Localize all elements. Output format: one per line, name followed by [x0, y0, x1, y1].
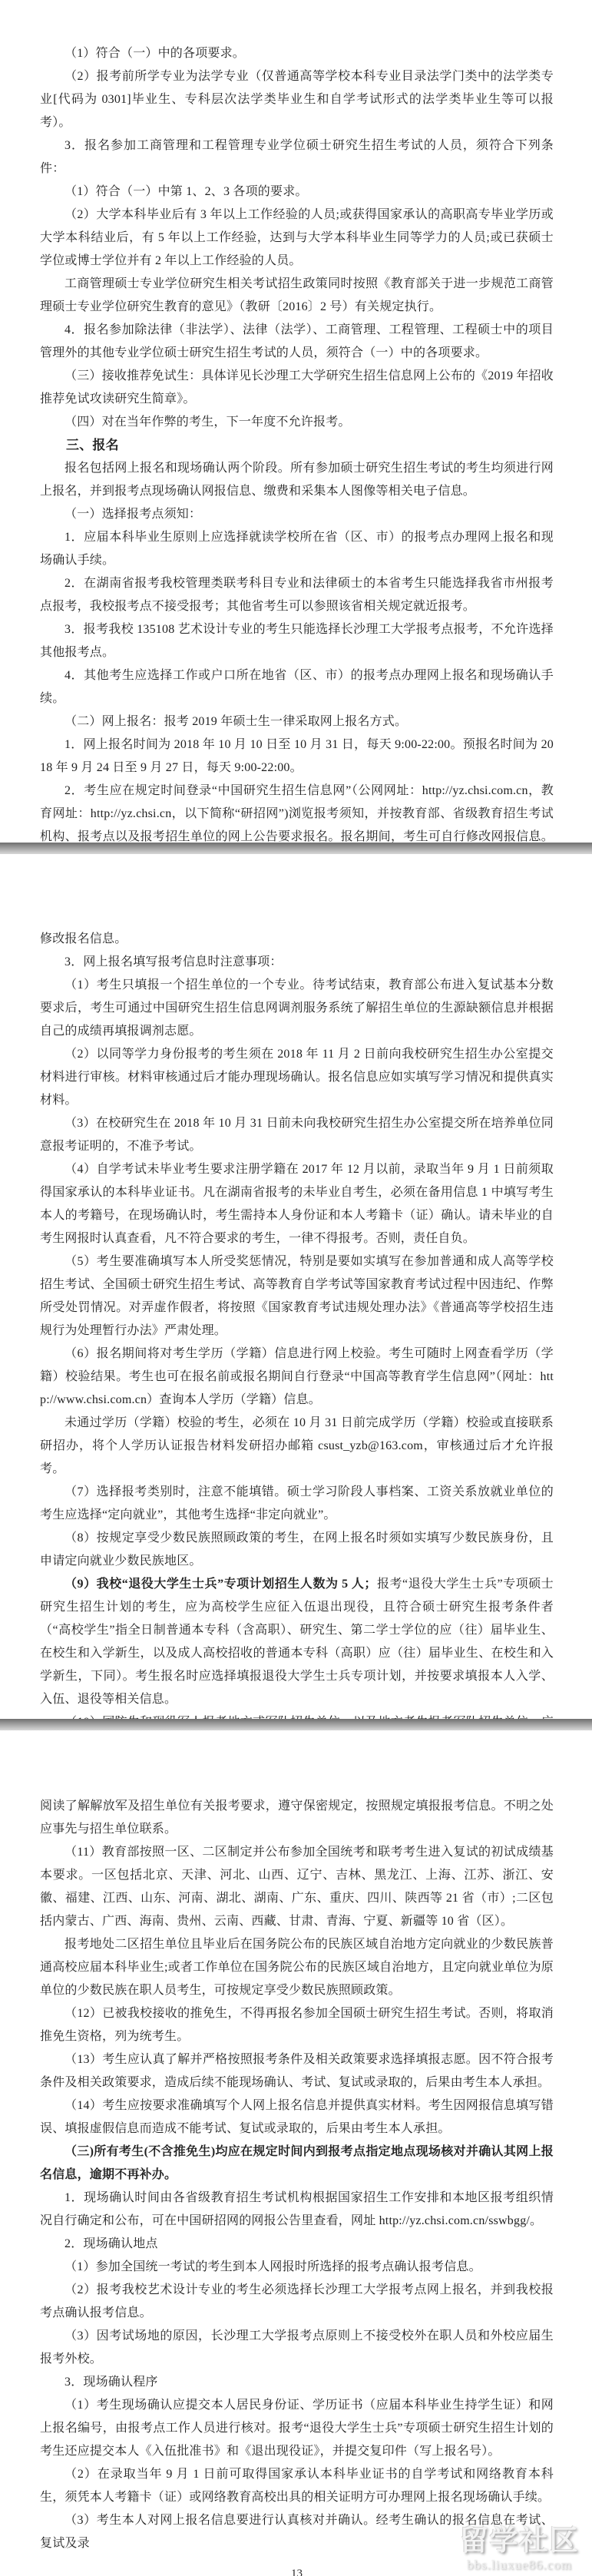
paragraph: 3．网上报名填写报考信息时注意事项：	[40, 951, 554, 974]
text-run: 2．考生应在规定时间登录“中国研究生招生信息网”（公网网址：http://yz.…	[40, 784, 554, 843]
text-run: （10）国防生和现役军人报考地方或军队招生单位，以及地方考生报考军队招生单位，应…	[40, 1716, 554, 1719]
text-run: （3）考生本人对网上报名信息要进行认真核对并确认。经考生确认的报名信息在考试、复…	[40, 2514, 554, 2550]
text-run: 4．其他考生应选择工作或户口所在地省（区、市）的报考点办理网上报名和现场确认手续…	[40, 669, 554, 705]
paragraph: 3．现场确认程序	[40, 2371, 554, 2394]
text-run: 3．现场确认程序	[64, 2376, 158, 2389]
paragraph: （9）我校“退役大学生士兵”专项计划招生人数为 5 人；报考“退役大学生士兵”专…	[40, 1573, 554, 1711]
text-run: 修改报名信息。	[40, 932, 127, 945]
paragraph: 阅读了解解放军及招生单位有关报考要求，遵守保密规定，按照规定填报报考信息。不明之…	[40, 1795, 554, 1841]
text-run: （1）符合（一）中第 1、2、3 各项的要求。	[64, 185, 308, 198]
paragraph: （四）对在当年作弊的考生，下一年度不允许报考。	[40, 411, 554, 434]
text-run: （11）教育部按照一区、二区制定并公布参加全国统考和联考考生进入复试的初试成绩基…	[40, 1846, 554, 1928]
paragraph: （2）报考我校艺术设计专业的考生必须选择长沙理工大学报考点网上报名，并到我校报考…	[40, 2279, 554, 2325]
paragraph: 报名包括网上报名和现场确认两个阶段。所有参加硕士研究生招生考试的考生均须进行网上…	[40, 457, 554, 503]
text-run: 工商管理硕士专业学位研究生相关考试招生政策同时按照《教育部关于进一步规范工商管理…	[40, 277, 554, 313]
text-run: （三）接收推荐免试生：具体详见长沙理工大学研究生招生信息网上公布的《2019 年…	[40, 369, 554, 406]
paragraph: （8）按规定享受少数民族照顾政策的考生，在网上报名时须如实填写少数民族身份，且申…	[40, 1527, 554, 1573]
text-run: （3）因考试场地的原因，长沙理工大学报考点原则上不接受校外在职人员和外校应届生报…	[40, 2329, 554, 2366]
paragraph: （1）符合（一）中的各项要求。	[40, 42, 554, 65]
text-run: （4）自学考试未毕业考生要求注册学籍在 2017 年 12 月以前，录取当年 9…	[40, 1163, 554, 1245]
paragraph: （10）国防生和现役军人报考地方或军队招生单位，以及地方考生报考军队招生单位，应…	[40, 1711, 554, 1719]
page-separator	[0, 1719, 592, 1730]
paragraph: （3）因考试场地的原因，长沙理工大学报考点原则上不接受校外在职人员和外校应届生报…	[40, 2325, 554, 2371]
page-12: 修改报名信息。3．网上报名填写报考信息时注意事项：（1）考生只填报一个招生单位的…	[0, 854, 592, 1719]
text-run: （13）考生应认真了解并严格按照报考条件及相关政策要求选择填报志愿。因不符合报考…	[40, 2053, 554, 2089]
text-run: （6）报名期间将对考生学历（学籍）信息进行网上校验。考生可随时上网查看学历（学籍…	[40, 1347, 554, 1406]
text-run: （2）以同等学力身份报考的考生须在 2018 年 11 月 2 日前向我校研究生…	[40, 1048, 554, 1107]
section-heading: 三、报名	[40, 434, 554, 457]
paragraph: （2）以同等学力身份报考的考生须在 2018 年 11 月 2 日前向我校研究生…	[40, 1043, 554, 1112]
paragraph: （一）选择报考点须知：	[40, 503, 554, 526]
paragraph: 1．现场确认时间由各省级教育招生考试机构根据国家招生工作安排和本地区报考组织情况…	[40, 2187, 554, 2233]
paragraph: 2．考生应在规定时间登录“中国研究生招生信息网”（公网网址：http://yz.…	[40, 780, 554, 843]
text-run: （二）网上报名：报考 2019 年硕士生一律采取网上报名方式。	[64, 715, 407, 728]
paragraph: 2．现场确认地点	[40, 2233, 554, 2256]
text-run: （9）我校“退役大学生士兵”专项计划招生人数为 5 人；	[64, 1578, 377, 1591]
paragraph: 1．应届本科毕业生原则上应选择就读学校所在省（区、市）的报考点办理网上报名和现场…	[40, 526, 554, 572]
paragraph: 工商管理硕士专业学位研究生相关考试招生政策同时按照《教育部关于进一步规范工商管理…	[40, 273, 554, 319]
text-run: 报考“退役大学生士兵”专项硕士研究生招生计划的考生，应为高校学生应征入伍退出现役…	[40, 1578, 554, 1706]
text-run: （1）考生只填报一个招生单位的一个专业。待考试结束，教育部公布进入复试基本分数要…	[40, 978, 554, 1038]
text-run: （12）已被我校接收的推免生，不得再报名参加全国硕士研究生招生考试。否则，将取消…	[40, 2007, 554, 2043]
text-run: 2．现场确认地点	[64, 2237, 158, 2250]
text-run: 3．报名参加工商管理和工程管理专业学位硕士研究生招生考试的人员，须符合下列条件：	[40, 139, 554, 175]
paragraph: 2．在湖南省报考我校管理类联考科目专业和法律硕士的本省考生只能选择我省市州报考点…	[40, 572, 554, 618]
paragraph: （2）报考前所学专业为法学专业（仅普通高等学校本科专业目录法学门类中的法学类专业…	[40, 65, 554, 134]
text-run: 1．应届本科毕业生原则上应选择就读学校所在省（区、市）的报考点办理网上报名和现场…	[40, 531, 554, 567]
paragraph: （13）考生应认真了解并严格按照报考条件及相关政策要求选择填报志愿。因不符合报考…	[40, 2048, 554, 2094]
paragraph: 3．报考我校 135108 艺术设计专业的考生只能选择长沙理工大学报考点报考，不…	[40, 618, 554, 664]
text-run: 1．现场确认时间由各省级教育招生考试机构根据国家招生工作安排和本地区报考组织情况…	[40, 2191, 554, 2227]
paragraph: 4．其他考生应选择工作或户口所在地省（区、市）的报考点办理网上报名和现场确认手续…	[40, 664, 554, 710]
text-run: 报名包括网上报名和现场确认两个阶段。所有参加硕士研究生招生考试的考生均须进行网上…	[40, 462, 554, 498]
page-number: 13	[40, 2568, 554, 2576]
text-run: 三、报名	[66, 438, 119, 452]
paragraph: （1）考生现场确认应提交本人居民身份证、学历证书（应届本科毕业生持学生证）和网上…	[40, 2394, 554, 2463]
paragraph: （三）接收推荐免试生：具体详见长沙理工大学研究生招生信息网上公布的《2019 年…	[40, 365, 554, 411]
paragraph: （5）考生要准确填写本人所受奖惩情况，特别是要如实填写在参加普通和成人高等学校招…	[40, 1250, 554, 1343]
text-run: （5）考生要准确填写本人所受奖惩情况，特别是要如实填写在参加普通和成人高等学校招…	[40, 1255, 554, 1337]
text-run: 未通过学历（学籍）校验的考生，必须在 10 月 31 日前完成学历（学籍）校验或…	[40, 1416, 554, 1475]
paragraph: （1）符合（一）中第 1、2、3 各项的要求。	[40, 180, 554, 204]
text-run: （7）选择报考类别时，注意不能填错。硕士学习阶段人事档案、工资关系放就业单位的考…	[40, 1485, 554, 1521]
text-run: 3．网上报名填写报考信息时注意事项：	[64, 955, 283, 968]
text-run: （8）按规定享受少数民族照顾政策的考生，在网上报名时须如实填写少数民族身份，且申…	[40, 1531, 554, 1568]
text-run: （2）大学本科毕业后有 3 年以上工作经验的人员;或获得国家承认的高职高专毕业学…	[40, 208, 554, 267]
paragraph: （6）报名期间将对考生学历（学籍）信息进行网上校验。考生可随时上网查看学历（学籍…	[40, 1343, 554, 1412]
text-run: 阅读了解解放军及招生单位有关报考要求，遵守保密规定，按照规定填报报考信息。不明之…	[40, 1800, 554, 1836]
paragraph: 4．报名参加除法律（非法学）、法律（法学）、工商管理、工程管理、工程硕士中的项目…	[40, 319, 554, 365]
text-run: （2）报考前所学专业为法学专业（仅普通高等学校本科专业目录法学门类中的法学类专业…	[40, 70, 554, 129]
paragraph: （4）自学考试未毕业考生要求注册学籍在 2017 年 12 月以前，录取当年 9…	[40, 1158, 554, 1250]
page-11: （1）符合（一）中的各项要求。（2）报考前所学专业为法学专业（仅普通高等学校本科…	[0, 0, 592, 843]
page-separator	[0, 843, 592, 854]
document: （1）符合（一）中的各项要求。（2）报考前所学专业为法学专业（仅普通高等学校本科…	[0, 0, 592, 2576]
text-run: （四）对在当年作弊的考生，下一年度不允许报考。	[64, 416, 351, 429]
paragraph: （14）考生应按要求准确填写个人网上报名信息并提供真实材料。考生因网报信息填写错…	[40, 2094, 554, 2141]
text-run: （2）在录取当年 9 月 1 日前可取得国家承认本科毕业证书的自学考试和网络教育…	[40, 2468, 554, 2504]
paragraph: 1．网上报名时间为 2018 年 10 月 10 日至 10 月 31 日，每天…	[40, 733, 554, 780]
paragraph: （11）教育部按照一区、二区制定并公布参加全国统考和联考考生进入复试的初试成绩基…	[40, 1841, 554, 1933]
text-run: 3．报考我校 135108 艺术设计专业的考生只能选择长沙理工大学报考点报考，不…	[40, 623, 554, 659]
text-run: 4．报名参加除法律（非法学）、法律（法学）、工商管理、工程管理、工程硕士中的项目…	[40, 323, 554, 359]
paragraph: （二）网上报名：报考 2019 年硕士生一律采取网上报名方式。	[40, 710, 554, 733]
text-run: （三)所有考生(不含推免生)均应在规定时间内到报考点指定地点现场核对并确认其网上…	[40, 2145, 554, 2181]
paragraph: （1）参加全国统一考试的考生到本人网报时所选择的报考点确认报考信息。	[40, 2256, 554, 2279]
paragraph: （7）选择报考类别时，注意不能填错。硕士学习阶段人事档案、工资关系放就业单位的考…	[40, 1481, 554, 1527]
paragraph: 报考地处二区招生单位且毕业后在国务院公布的民族区域自治地方定向就业的少数民族普通…	[40, 1933, 554, 2002]
page-13: 阅读了解解放军及招生单位有关报考要求，遵守保密规定，按照规定填报报考信息。不明之…	[0, 1730, 592, 2576]
text-run: （1）符合（一）中的各项要求。	[64, 47, 245, 60]
text-run: （14）考生应按要求准确填写个人网上报名信息并提供真实材料。考生因网报信息填写错…	[40, 2099, 554, 2135]
paragraph: （2）大学本科毕业后有 3 年以上工作经验的人员;或获得国家承认的高职高专毕业学…	[40, 204, 554, 273]
text-run: （1）参加全国统一考试的考生到本人网报时所选择的报考点确认报考信息。	[64, 2260, 481, 2273]
paragraph: 未通过学历（学籍）校验的考生，必须在 10 月 31 日前完成学历（学籍）校验或…	[40, 1412, 554, 1481]
text-run: 报考地处二区招生单位且毕业后在国务院公布的民族区域自治地方定向就业的少数民族普通…	[40, 1938, 554, 1997]
paragraph: 3．报名参加工商管理和工程管理专业学位硕士研究生招生考试的人员，须符合下列条件：	[40, 134, 554, 180]
text-run: （一）选择报考点须知：	[64, 508, 201, 521]
paragraph: （2）在录取当年 9 月 1 日前可取得国家承认本科毕业证书的自学考试和网络教育…	[40, 2463, 554, 2509]
text-run: 1．网上报名时间为 2018 年 10 月 10 日至 10 月 31 日，每天…	[40, 738, 554, 774]
paragraph: 修改报名信息。	[40, 928, 554, 951]
paragraph: （三)所有考生(不含推免生)均应在规定时间内到报考点指定地点现场核对并确认其网上…	[40, 2141, 554, 2187]
paragraph: （3）在校研究生在 2018 年 10 月 31 日前未向我校研究生招生办公室提…	[40, 1112, 554, 1158]
paragraph: （12）已被我校接收的推免生，不得再报名参加全国硕士研究生招生考试。否则，将取消…	[40, 2002, 554, 2048]
paragraph: （1）考生只填报一个招生单位的一个专业。待考试结束，教育部公布进入复试基本分数要…	[40, 974, 554, 1043]
paragraph: （3）考生本人对网上报名信息要进行认真核对并确认。经考生确认的报名信息在考试、复…	[40, 2509, 554, 2555]
text-run: （3）在校研究生在 2018 年 10 月 31 日前未向我校研究生招生办公室提…	[40, 1117, 554, 1153]
text-run: （2）报考我校艺术设计专业的考生必须选择长沙理工大学报考点网上报名，并到我校报考…	[40, 2283, 554, 2319]
text-run: （1）考生现场确认应提交本人居民身份证、学历证书（应届本科毕业生持学生证）和网上…	[40, 2399, 554, 2458]
text-run: 2．在湖南省报考我校管理类联考科目专业和法律硕士的本省考生只能选择我省市州报考点…	[40, 577, 554, 613]
